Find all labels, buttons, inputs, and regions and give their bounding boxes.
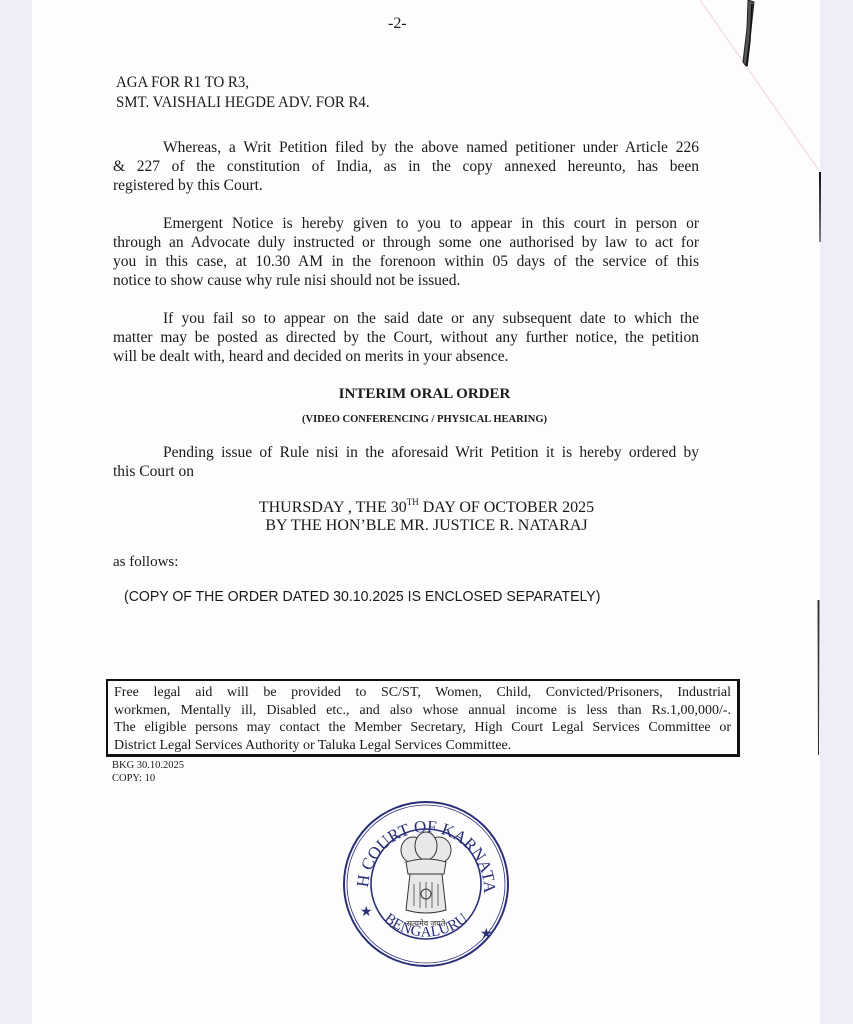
paragraph-emergent-notice: Emergent Notice is hereby given to you t… <box>113 214 699 290</box>
judge-line: BY THE HON’BLE MR. JUSTICE R. NATARAJ <box>0 517 853 535</box>
legal-aid-notice-box: Free legal aid will be provided to SC/ST… <box>106 679 740 757</box>
page-number: -2- <box>388 16 407 32</box>
court-seal-stamp: HIGH COURT OF KARNATAKA BENGALURU ★ ★ सत… <box>340 798 512 970</box>
copy-count: COPY: 10 <box>112 774 155 785</box>
star-icon: ★ <box>360 905 373 920</box>
paragraph-failure-to-appear: If you fail so to appear on the said dat… <box>113 309 699 366</box>
paper-fold-line <box>700 0 825 175</box>
text-line: & 227 of the constitution of India, as i… <box>113 157 699 176</box>
text-line: you in this case, at 10.30 AM in the for… <box>113 252 699 271</box>
paragraph-pending-issue: Pending issue of Rule nisi in the afores… <box>113 443 699 481</box>
text-line: Pending issue of Rule nisi in the afores… <box>113 443 699 462</box>
emblem-lion-capital-icon <box>401 832 451 913</box>
text-line: notice to show cause why rule nisi shoul… <box>113 271 699 290</box>
text-line: matter may be posted as directed by the … <box>113 328 699 347</box>
seal-motto: सत्यमेव जयते <box>407 918 446 928</box>
order-date-line: THURSDAY , THE 30TH DAY OF OCTOBER 2025 <box>0 497 853 517</box>
text-line: Whereas, a Writ Petition filed by the ab… <box>113 138 699 157</box>
text-line: workmen, Mentally ill, Disabled etc., an… <box>114 702 731 720</box>
text-line: through an Advocate duly instructed or t… <box>113 233 699 252</box>
edge-mark <box>817 600 820 755</box>
text-line: District Legal Services Authority or Tal… <box>114 737 731 755</box>
initials-date: BKG 30.10.2025 <box>112 761 184 772</box>
text-line: this Court on <box>113 462 699 481</box>
star-icon: ★ <box>480 927 493 942</box>
pen-scribble-mark <box>738 0 762 70</box>
counsel-line: AGA FOR R1 TO R3, <box>116 75 249 91</box>
edge-mark <box>818 172 822 242</box>
text-line: will be dealt with, heard and decided on… <box>113 347 699 366</box>
order-subheading: (VIDEO CONFERENCING / PHYSICAL HEARING) <box>0 414 851 425</box>
text-line: registered by this Court. <box>113 176 699 195</box>
order-heading: INTERIM ORAL ORDER <box>0 386 851 403</box>
text-line: Emergent Notice is hereby given to you t… <box>113 214 699 233</box>
counsel-line: SMT. VAISHALI HEGDE ADV. FOR R4. <box>116 95 370 111</box>
paragraph-whereas: Whereas, a Writ Petition filed by the ab… <box>113 138 699 195</box>
copy-enclosed-note: (COPY OF THE ORDER DATED 30.10.2025 IS E… <box>124 589 600 604</box>
text-line: Free legal aid will be provided to SC/ST… <box>114 684 731 702</box>
text-line: If you fail so to appear on the said dat… <box>113 309 699 328</box>
text-line: The eligible persons may contact the Mem… <box>114 719 731 737</box>
as-follows-text: as follows: <box>113 555 178 570</box>
